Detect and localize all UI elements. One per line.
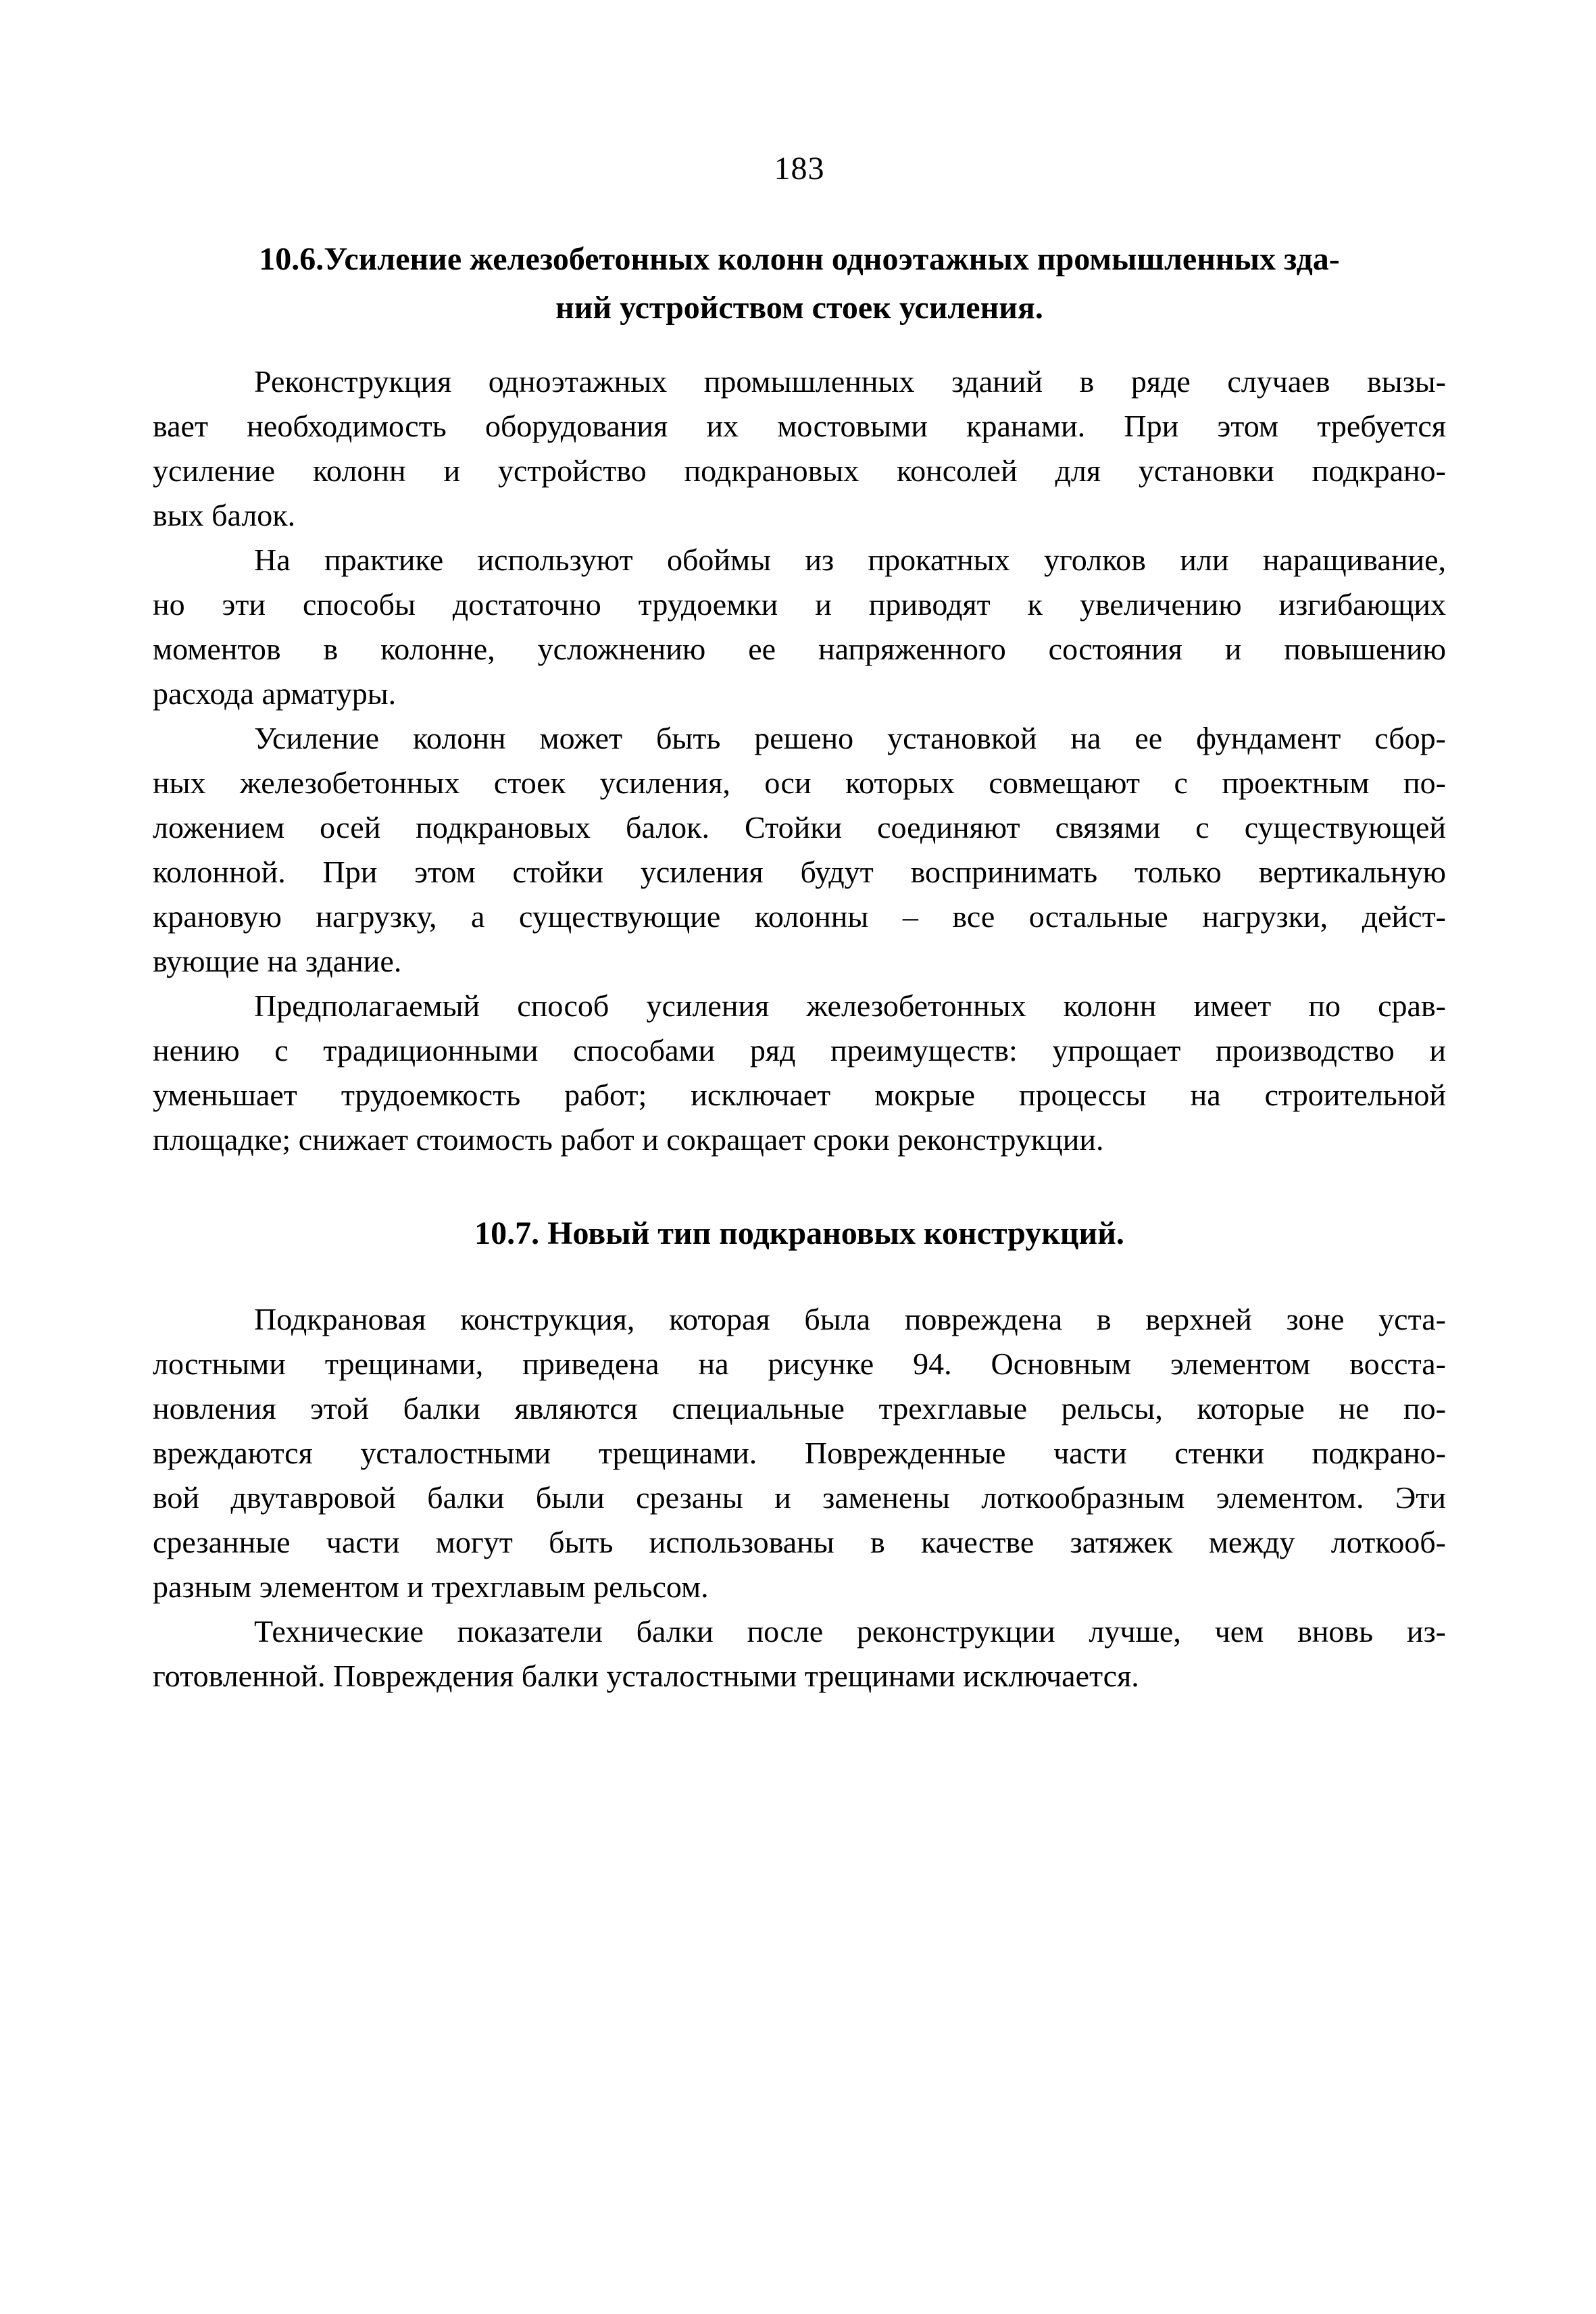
- paragraph-advantages: Предполагаемый способ усиления железобет…: [153, 984, 1446, 1162]
- text-line: лостными трещинами, приведена на рисунке…: [153, 1342, 1446, 1386]
- text-line: Технические показатели балки после рекон…: [153, 1609, 1446, 1654]
- text-line: срезанные части могут быть использованы …: [153, 1520, 1446, 1565]
- text-line: вает необходимость оборудования их мосто…: [153, 404, 1446, 449]
- heading-line: 10.7. Новый тип подкрановых конструкций.: [153, 1209, 1446, 1258]
- text-line: расхода арматуры.: [153, 672, 1446, 716]
- paragraph-technical-indicators: Технические показатели балки после рекон…: [153, 1609, 1446, 1699]
- text-line: На практике используют обоймы из прокатн…: [153, 538, 1446, 582]
- text-line: Реконструкция одноэтажных промышленных з…: [153, 359, 1446, 404]
- paragraph-crane-structure: Подкрановая конструкция, которая была по…: [153, 1297, 1446, 1609]
- document-page: 183 10.6.Усиление железобетонных колонн …: [0, 0, 1596, 2314]
- text-line: вой двутавровой балки были срезаны и зам…: [153, 1476, 1446, 1520]
- heading-line: ний устройством стоек усиления.: [153, 284, 1446, 332]
- text-line: ных железобетонных стоек усиления, оси к…: [153, 761, 1446, 805]
- text-line: крановую нагрузку, а существующие колонн…: [153, 895, 1446, 939]
- text-line: усиление колонн и устройство подкрановых…: [153, 449, 1446, 493]
- paragraph-column-strengthening: Усиление колонн может быть решено устано…: [153, 716, 1446, 984]
- page-number: 183: [153, 0, 1446, 188]
- text-line: Предполагаемый способ усиления железобет…: [153, 984, 1446, 1028]
- paragraph-practice: На практике используют обоймы из прокатн…: [153, 538, 1446, 716]
- section-heading-10-7: 10.7. Новый тип подкрановых конструкций.: [153, 1209, 1446, 1258]
- text-line: вреждаются усталостными трещинами. Повре…: [153, 1431, 1446, 1476]
- section-heading-10-6: 10.6.Усиление железобетонных колонн одно…: [153, 235, 1446, 332]
- paragraph-reconstruction: Реконструкция одноэтажных промышленных з…: [153, 359, 1446, 538]
- text-line: но эти способы достаточно трудоемки и пр…: [153, 582, 1446, 627]
- page-content: 183 10.6.Усиление железобетонных колонн …: [0, 0, 1596, 1699]
- text-line: нению с традиционными способами ряд преи…: [153, 1028, 1446, 1073]
- text-line: разным элементом и трехглавым рельсом.: [153, 1565, 1446, 1609]
- text-line: моментов в колонне, усложнению ее напряж…: [153, 627, 1446, 672]
- text-line: площадке; снижает стоимость работ и сокр…: [153, 1117, 1446, 1162]
- text-line: готовленной. Повреждения балки усталостн…: [153, 1654, 1446, 1699]
- heading-line: 10.6.Усиление железобетонных колонн одно…: [153, 235, 1446, 284]
- text-line: новления этой балки являются специальные…: [153, 1386, 1446, 1431]
- text-line: уменьшает трудоемкость работ; исключает …: [153, 1073, 1446, 1117]
- text-line: Усиление колонн может быть решено устано…: [153, 716, 1446, 761]
- text-line: колонной. При этом стойки усиления будут…: [153, 850, 1446, 895]
- text-line: Подкрановая конструкция, которая была по…: [153, 1297, 1446, 1342]
- text-line: ложением осей подкрановых балок. Стойки …: [153, 805, 1446, 850]
- text-line: вующие на здание.: [153, 939, 1446, 984]
- text-line: вых балок.: [153, 493, 1446, 538]
